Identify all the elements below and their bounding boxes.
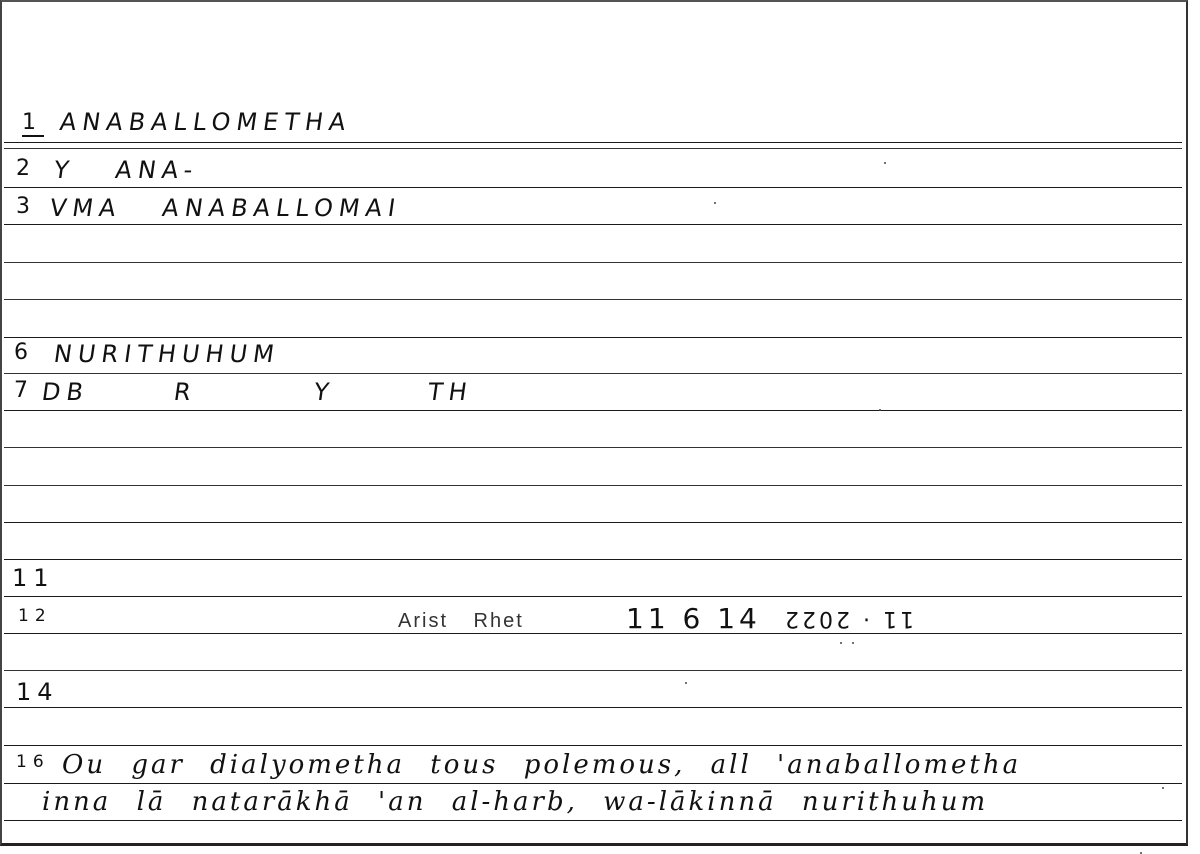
line-number: 14 xyxy=(16,678,59,706)
line-7-letter-r: R xyxy=(172,378,199,406)
rule-line xyxy=(4,299,1182,300)
speck xyxy=(879,409,881,411)
speck xyxy=(840,642,842,644)
rule-line xyxy=(4,142,1182,143)
line-number: 3 xyxy=(16,194,36,219)
speck xyxy=(1162,787,1164,789)
line-3-text: VMA ANABALLOMAI xyxy=(48,194,403,222)
rule-line xyxy=(4,187,1182,188)
line-7-letters-th: TH xyxy=(426,378,475,406)
typed-source-reference: Arist Rhet xyxy=(398,610,524,633)
line-2-text: Y ANA- xyxy=(52,156,200,184)
rule-line xyxy=(4,783,1182,784)
rule-line xyxy=(4,670,1182,671)
line-number: 7 xyxy=(14,378,34,403)
line-number: 12 xyxy=(18,606,52,626)
line-number: 1 xyxy=(22,110,44,137)
greek-transliteration: Ou gar dialyometha tous polemous, all 'a… xyxy=(62,750,1021,780)
citation-number: 11 6 14 xyxy=(626,602,761,635)
line-number: 11 xyxy=(12,564,55,592)
line-6-text: NURITHUHUM xyxy=(52,340,282,368)
speck xyxy=(714,202,716,204)
rule-line xyxy=(4,745,1182,746)
rule-line xyxy=(4,633,1182,634)
rule-line xyxy=(4,373,1182,374)
date-mark: 11 · 2022 xyxy=(782,606,914,631)
rule-line xyxy=(4,559,1182,560)
index-card: 1 ANABALLOMETHA 2 Y ANA- 3 VMA ANABALLOM… xyxy=(0,0,1188,846)
rule-line xyxy=(4,224,1182,225)
rule-line xyxy=(4,447,1182,448)
rule-line xyxy=(4,485,1182,486)
rule-line xyxy=(4,820,1182,821)
rule-line xyxy=(4,522,1182,523)
speck xyxy=(884,162,886,164)
date-upside-down: 11 · 2022 xyxy=(782,606,914,631)
rule-line xyxy=(4,337,1182,338)
speck xyxy=(852,642,854,644)
line-1-text: ANABALLOMETHA xyxy=(58,108,353,136)
rule-line xyxy=(4,410,1182,411)
arabic-transliteration: inna lā natarākhā 'an al-harb, wa-lākinn… xyxy=(42,787,988,817)
speck xyxy=(685,682,687,684)
rule-line xyxy=(4,707,1182,708)
line-7-text: DB xyxy=(40,378,91,406)
rule-line xyxy=(4,596,1182,597)
rule-line xyxy=(4,262,1182,263)
line-number: 6 xyxy=(14,340,34,365)
line-7-letter-y: Y xyxy=(312,378,337,406)
line-number: 16 xyxy=(16,752,50,772)
line-number: 2 xyxy=(16,156,36,181)
rule-line xyxy=(4,148,1182,149)
